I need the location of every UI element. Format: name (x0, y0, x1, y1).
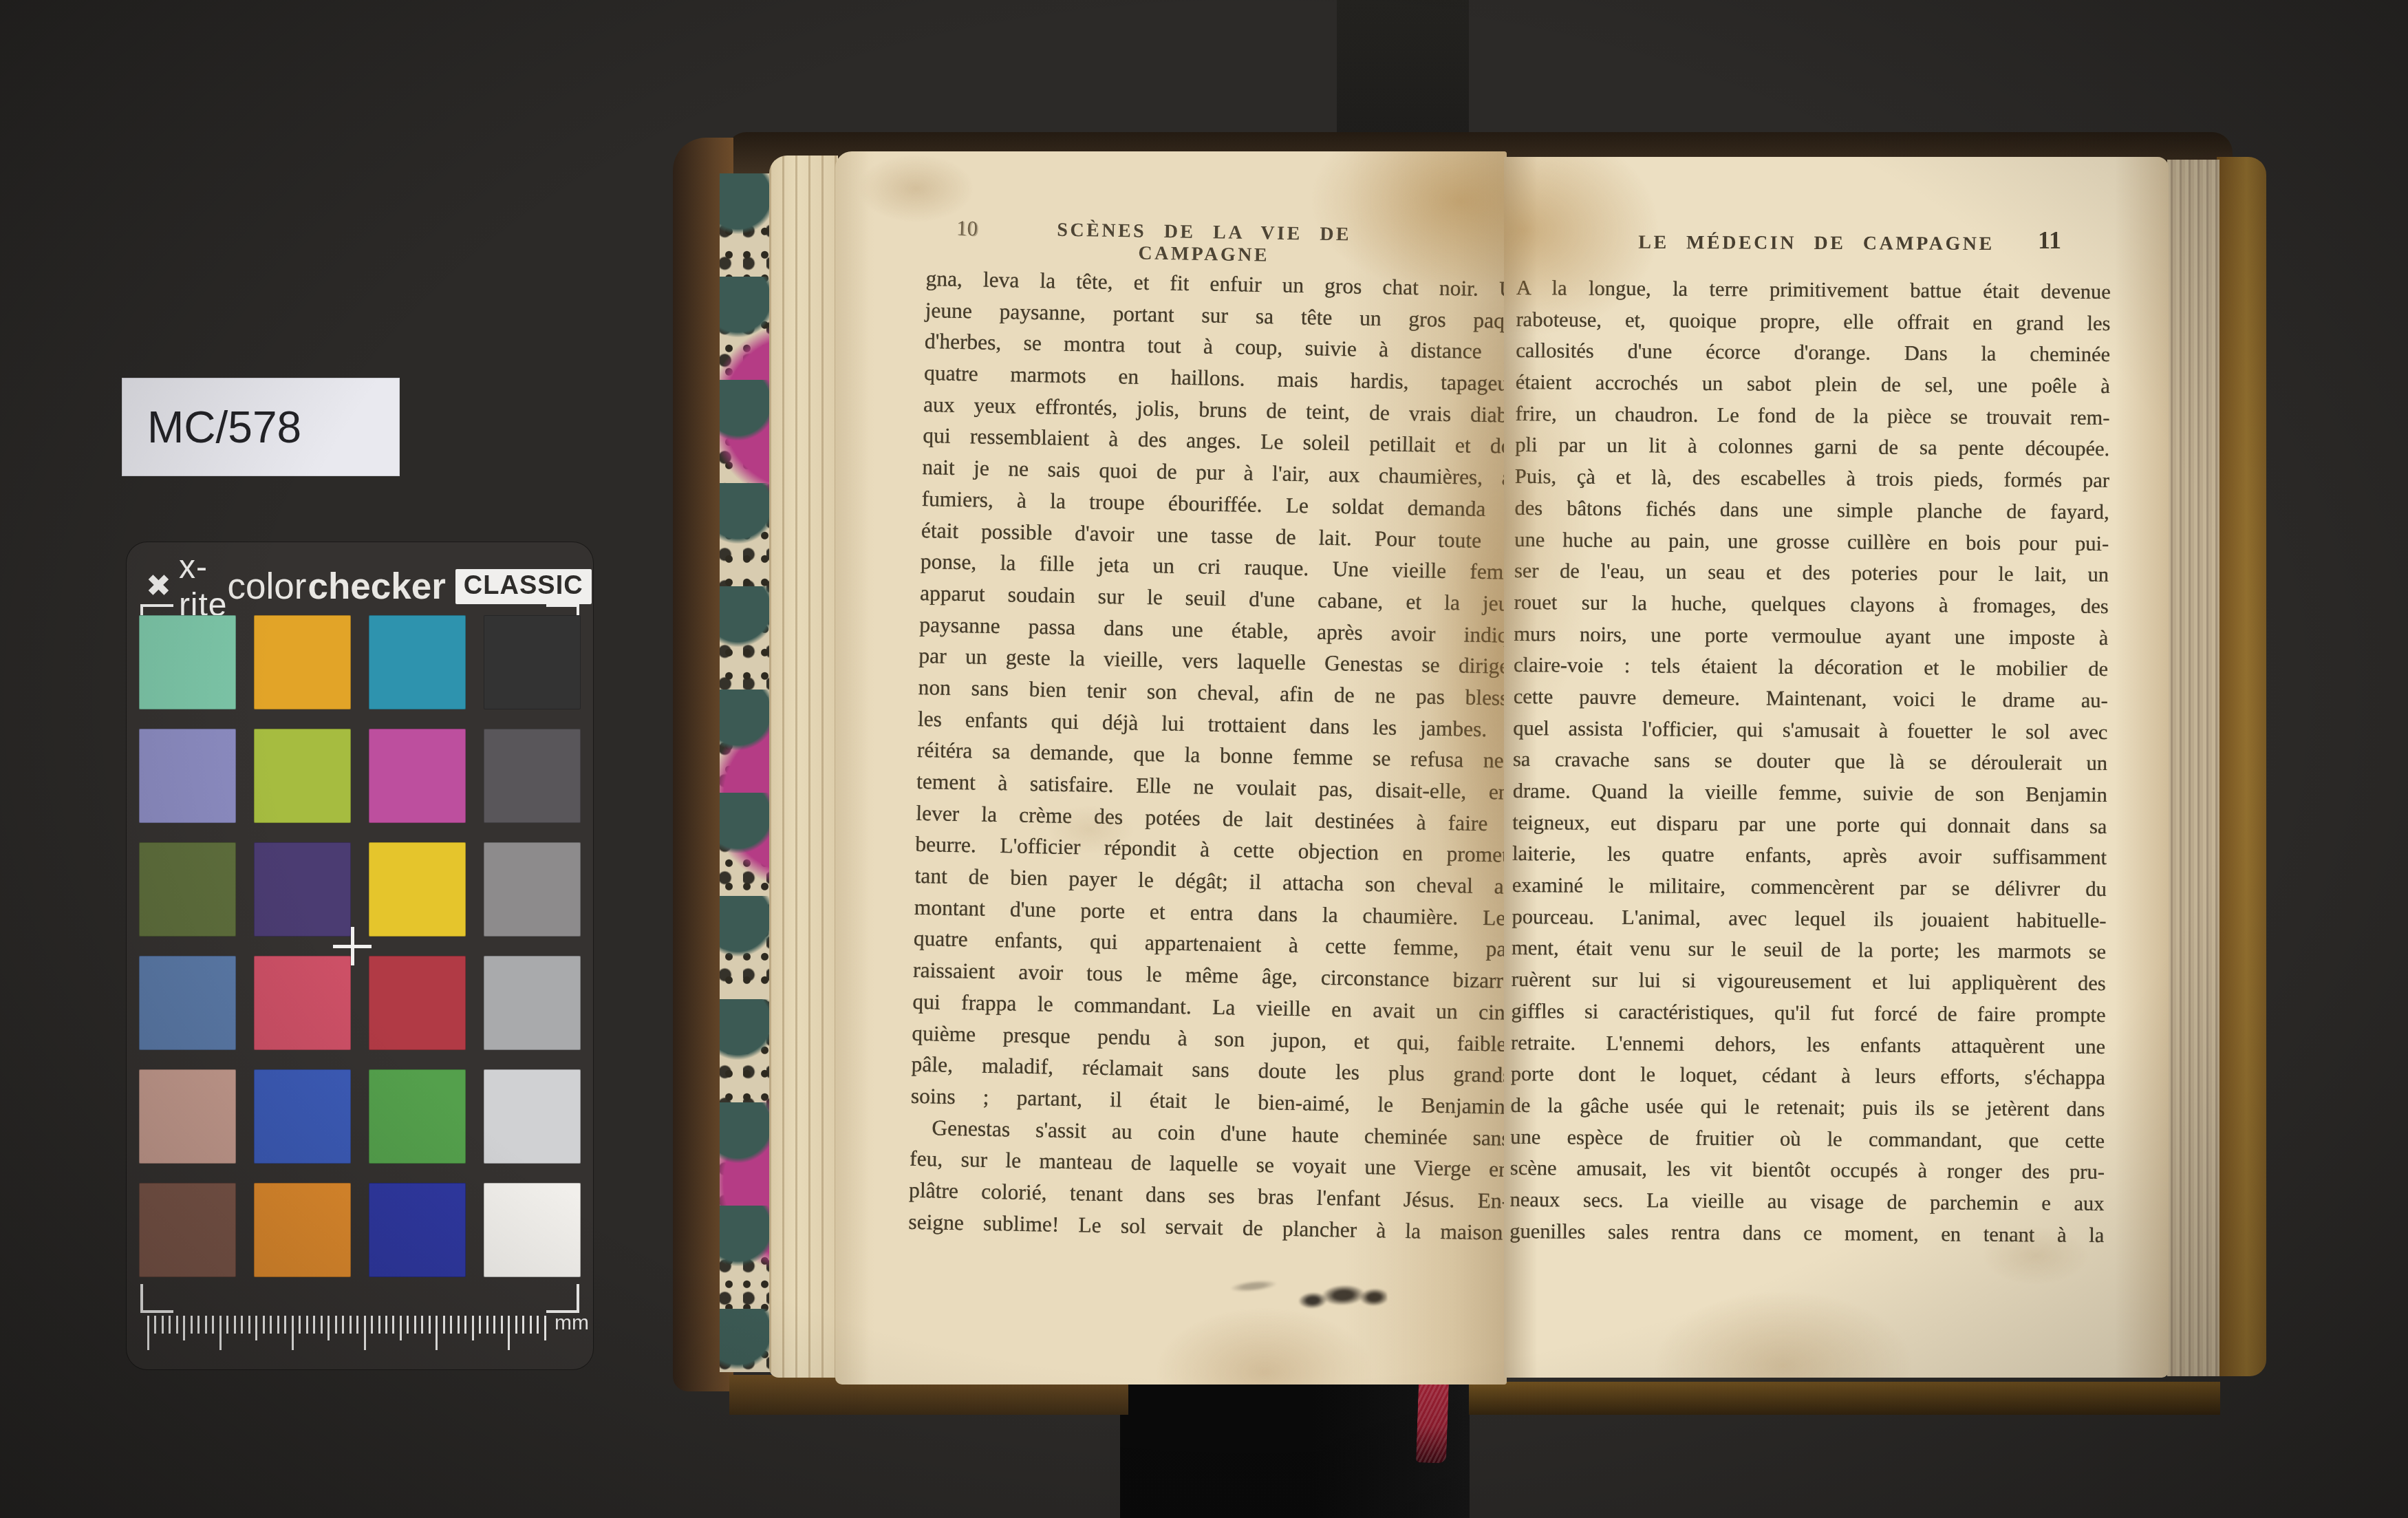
ruler-tick (212, 1316, 214, 1334)
archival-photo-scene: MC/578 ✖ x-rite color checker CLASSIC mm (0, 0, 2408, 1518)
ruler-tick (530, 1316, 532, 1334)
ruler-tick (392, 1316, 394, 1334)
color-swatch (369, 956, 466, 1050)
ruler-ticks (147, 1316, 546, 1354)
color-swatch (484, 615, 581, 709)
color-swatch (139, 729, 236, 823)
color-swatch (139, 1069, 236, 1164)
text-line: A la longue, la terre primitivement batt… (1516, 272, 2111, 308)
text-line: une huche au pain, une grosse cuillère e… (1514, 524, 2109, 559)
ruler-tick (356, 1316, 358, 1334)
text-line: sa cravache sans se douter que là se dér… (1513, 744, 2107, 780)
colorchecker-header: ✖ x-rite color checker CLASSIC (146, 566, 578, 607)
ruler-tick (284, 1316, 286, 1334)
shelfmark-label: MC/578 (122, 378, 400, 476)
ruler-tick (493, 1316, 495, 1334)
text-line: ment, était venu sur le seuil de la port… (1512, 932, 2106, 968)
ruler-tick (292, 1316, 294, 1350)
registration-bracket-bottom-left (140, 1284, 173, 1313)
classic-badge: CLASSIC (455, 569, 592, 604)
text-line: Puis, çà et là, des escabelles à trois p… (1515, 461, 2109, 497)
book-cover-bottom-edge-right (1469, 1382, 2220, 1415)
xrite-x-icon: ✖ (146, 571, 172, 601)
ruler-tick (443, 1316, 445, 1334)
ruler-tick (472, 1316, 474, 1340)
ruler-tick (169, 1316, 171, 1334)
ruler-tick (429, 1316, 431, 1334)
color-swatch (254, 1069, 351, 1164)
text-line: claire-voie : tels étaient la décoration… (1514, 650, 2108, 685)
ruler-tick (385, 1316, 387, 1334)
color-swatch (369, 1069, 466, 1164)
color-swatch (484, 842, 581, 937)
left-page-body-text: gna, leva la tête, et fit enfuir un gros… (908, 263, 1526, 1248)
text-line: raboteuse, et, quoique propre, elle offr… (1516, 304, 2110, 340)
ruler-tick (205, 1316, 207, 1334)
ruler-tick (270, 1316, 272, 1334)
colorchecker-title-bold: checker (308, 566, 445, 608)
ruler-tick (147, 1316, 149, 1350)
ruler-tick (400, 1316, 402, 1340)
color-swatch (254, 956, 351, 1050)
ruler-tick (479, 1316, 481, 1334)
color-swatch (484, 1069, 581, 1164)
color-swatch (369, 729, 466, 823)
color-swatch (139, 842, 236, 937)
text-line: neaux secs. La vieille au visage de parc… (1509, 1184, 2104, 1220)
ruler-tick (508, 1316, 510, 1350)
text-line: cette pauvre demeure. Maintenant, voici … (1514, 681, 2108, 717)
registration-bracket-bottom-right (546, 1284, 579, 1313)
text-line: drame. Quand la vieille femme, suivie de… (1513, 776, 2107, 811)
ruler-tick (450, 1316, 452, 1334)
ruler-tick (515, 1316, 517, 1334)
page-block-fore-edge (2167, 160, 2219, 1376)
text-line: examiné le militaire, commencèrent par s… (1512, 870, 2107, 906)
color-swatch (369, 615, 466, 709)
marbled-endpaper-edge (720, 173, 771, 1372)
ruler-tick (176, 1316, 178, 1334)
ruler-tick (191, 1316, 193, 1334)
ruler-tick (219, 1316, 222, 1350)
ruler-tick (371, 1316, 373, 1334)
colorchecker-title-light: color (228, 566, 307, 608)
ruler-tick (378, 1316, 380, 1334)
ruler-tick (327, 1316, 330, 1340)
text-line: étaient accrochés un sabot plein de sel,… (1516, 367, 2110, 403)
ruler-tick (458, 1316, 460, 1334)
ink-smudge-stamp (1296, 1276, 1388, 1318)
ruler-tick (342, 1316, 344, 1334)
text-line: scène amusait, les vit bientôt occupés à… (1510, 1153, 2105, 1188)
ruler-tick (306, 1316, 308, 1334)
crosshair-icon (333, 927, 372, 965)
color-swatch (484, 1183, 581, 1277)
text-line: ser de l'eau, un seau et des poteries po… (1514, 555, 2109, 591)
right-page-number: 11 (2038, 226, 2061, 255)
ruler-tick (248, 1316, 250, 1334)
text-line: ruèrent sur lui si vigoureusement et lui… (1512, 964, 2106, 1000)
ruler-tick (537, 1316, 539, 1334)
ruler-tick (183, 1316, 185, 1340)
ruler-tick (162, 1316, 164, 1334)
ruler-tick (486, 1316, 488, 1334)
text-line: retraite. L'ennemi dehors, les enfants a… (1511, 1027, 2105, 1062)
text-line: murs noirs, une porte vermoulue ayant un… (1514, 619, 2108, 654)
text-line: porte dont le loquet, cédant à leurs eff… (1511, 1058, 2105, 1094)
ruler-tick (544, 1316, 546, 1340)
ruler-tick (522, 1316, 524, 1334)
ribbon-bookmark (1416, 1380, 1449, 1463)
xrite-brand-text: x-rite (179, 548, 228, 624)
left-running-header: SCÈNES DE LA VIE DE CAMPAGNE (984, 218, 1425, 269)
ruler-tick (263, 1316, 265, 1334)
text-line: pli par un lit à colonnes garni de sa pe… (1515, 429, 2109, 465)
color-swatch (139, 956, 236, 1050)
text-line: laiterie, les quatre enfants, après avoi… (1512, 838, 2107, 874)
ruler-tick (313, 1316, 315, 1334)
ruler-tick (234, 1316, 236, 1334)
ruler-unit-label: mm (555, 1312, 589, 1335)
text-line: de la gâche usée qui le retenait; puis i… (1510, 1090, 2105, 1126)
color-swatch (139, 615, 236, 709)
text-line: rouet sur la huche, quelques clayons à f… (1514, 587, 2108, 623)
color-swatch (254, 729, 351, 823)
ruler-tick (335, 1316, 337, 1334)
ruler-tick (197, 1316, 200, 1334)
color-swatch (254, 1183, 351, 1277)
text-line: giffles si caractéristiques, qu'il fut f… (1511, 996, 2105, 1031)
color-swatch (369, 842, 466, 937)
text-line: teigneux, eut disparu par une porte qui … (1512, 807, 2107, 843)
color-swatch (254, 615, 351, 709)
ruler-tick (350, 1316, 352, 1334)
text-line: callosités d'une écorce d'orange. Dans l… (1516, 335, 2110, 371)
shelfmark-text: MC/578 (147, 402, 301, 453)
left-page-number: 10 (956, 215, 978, 241)
ruler-tick (299, 1316, 301, 1334)
ruler-tick (407, 1316, 409, 1334)
ruler-tick (277, 1316, 279, 1334)
ruler-tick (414, 1316, 416, 1334)
ruler-tick (464, 1316, 466, 1334)
ruler-tick (501, 1316, 503, 1334)
book-cover-right-edge (2217, 157, 2266, 1376)
ruler-tick (436, 1316, 438, 1350)
ruler-tick (241, 1316, 243, 1334)
right-running-header: LE MÉDECIN DE CAMPAGNE (1596, 232, 2036, 256)
text-line: une espèce de fruitier où le commandant,… (1510, 1122, 2105, 1157)
ruler-tick (255, 1316, 257, 1340)
color-swatch (484, 729, 581, 823)
text-line: frire, un chaudron. Le fond de la pièce … (1515, 398, 2109, 434)
color-swatch (139, 1183, 236, 1277)
colorchecker-title: color checker CLASSIC (228, 566, 592, 608)
right-page-body-text: A la longue, la terre primitivement batt… (1509, 272, 2111, 1251)
color-swatch (484, 956, 581, 1050)
text-line: guenilles sales rentra dans ce moment, e… (1509, 1216, 2104, 1252)
ruler-tick (321, 1316, 323, 1334)
color-swatch (254, 842, 351, 937)
ruler-tick (364, 1316, 366, 1350)
ruler-tick (421, 1316, 423, 1334)
text-line: pourceau. L'animal, avec lequel ils joua… (1512, 901, 2106, 937)
flyleaf-page-edges (769, 156, 838, 1378)
color-swatch (369, 1183, 466, 1277)
colorchecker-card: ✖ x-rite color checker CLASSIC mm (127, 542, 593, 1369)
text-line: quel assista l'officier, qui s'amusait à… (1513, 713, 2107, 749)
ruler-tick (226, 1316, 228, 1334)
ruler-tick (154, 1316, 156, 1334)
text-line: des bâtons fichés dans une simple planch… (1514, 493, 2109, 528)
